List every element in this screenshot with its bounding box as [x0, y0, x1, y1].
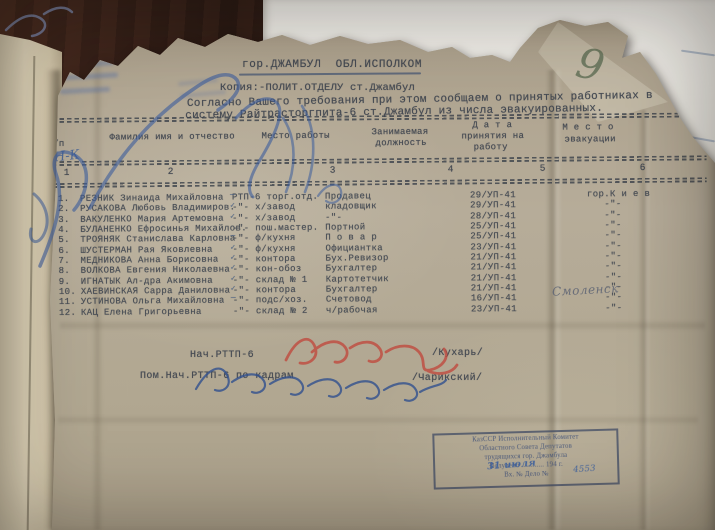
row-num: 5. — [58, 235, 80, 246]
row-num: 12. — [59, 308, 81, 319]
separator-line — [45, 177, 707, 188]
col-header-position: Занимаемая — [371, 127, 428, 137]
col-header-num: №№ — [45, 128, 56, 138]
row-work: -"- склад № 2 — [233, 305, 326, 316]
row-num: 9. — [59, 277, 81, 288]
row-num: 1. — [58, 194, 80, 205]
col-header-num: п/п — [47, 139, 64, 149]
handwritten-checkmark: ✓ — [230, 211, 235, 221]
handwritten-checkmark: ✓ — [230, 201, 235, 211]
handwritten-checkmark: ✓ — [231, 273, 236, 283]
handwritten-checkmark: ✓ — [230, 253, 235, 263]
handwritten-checkmark: — — [231, 294, 236, 303]
col-header-date: принятия на — [461, 131, 524, 142]
signature-name-deputy: /Чарикский/ — [412, 373, 482, 384]
row-name: КАЦ Елена Григорьевна — [81, 306, 233, 318]
col-header-workplace: Место работы — [261, 131, 330, 142]
stamp-handwritten-number: 4553 — [573, 464, 596, 477]
handwritten-checkmark: ✓ — [231, 284, 236, 294]
table-rows: 1.РЕЗНИК Зинаида Михайловна—РТП-6 торг.о… — [58, 188, 709, 318]
signature-title-deputy: Пом.Нач.РТТП-6 по кадрам — [140, 371, 294, 382]
column-number: 4 — [448, 164, 454, 175]
handwritten-checkmark: — — [230, 232, 235, 241]
row-num: 4. — [58, 225, 80, 236]
col-header-evacuation: М е с т о — [562, 122, 613, 132]
signature-title-chief: Нач.РТТП-6 — [190, 350, 254, 361]
signature-name-chief: /Кухарь/ — [432, 348, 483, 359]
row-num: 2. — [58, 204, 80, 215]
row-num: 6. — [58, 246, 80, 257]
column-number: 1 — [64, 167, 70, 178]
separator-line — [45, 155, 707, 166]
column-number: 3 — [330, 165, 336, 176]
document-paper: гор.ДЖАМБУЛ ОБЛ.ИСПОЛКОМ Копия:-ПОЛИТ.ОТ… — [0, 0, 715, 530]
row-date: 23/УП-41 — [471, 303, 588, 314]
col-header-date: работу — [474, 142, 508, 152]
handwritten-margin-mark: Н-К — [53, 147, 80, 165]
col-header-position: должность — [375, 138, 426, 148]
col-header-date: Д а т а — [472, 120, 512, 130]
col-header-name: Фамилия имя и отчество — [109, 131, 235, 142]
row-num: 11. — [59, 297, 81, 308]
document-wrapper: гор.ДЖАМБУЛ ОБЛ.ИСПОЛКОМ Копия:-ПОЛИТ.ОТ… — [0, 0, 715, 530]
column-number: 2 — [168, 166, 174, 177]
registration-stamp: КазССР Исполнительный Комитет Областного… — [432, 428, 619, 489]
row-evac: -"- — [588, 302, 709, 313]
column-number: 5 — [540, 163, 546, 174]
col-header-evacuation: эвакуации — [564, 134, 615, 144]
photo-of-document-scene: гор.ДЖАМБУЛ ОБЛ.ИСПОЛКОМ Копия:-ПОЛИТ.ОТ… — [0, 0, 715, 530]
row-num: 7. — [58, 256, 80, 267]
row-num: 3. — [58, 215, 80, 226]
row-num: 10. — [59, 287, 81, 298]
column-number: 6 — [640, 162, 646, 173]
handwritten-checkmark: — — [230, 190, 235, 199]
handwritten-checkmark: ✓ — [231, 263, 236, 273]
row-role: ч/рабочая — [326, 304, 471, 316]
handwritten-checkmark: ✓ — [230, 242, 235, 252]
row-num: 8. — [59, 266, 81, 277]
